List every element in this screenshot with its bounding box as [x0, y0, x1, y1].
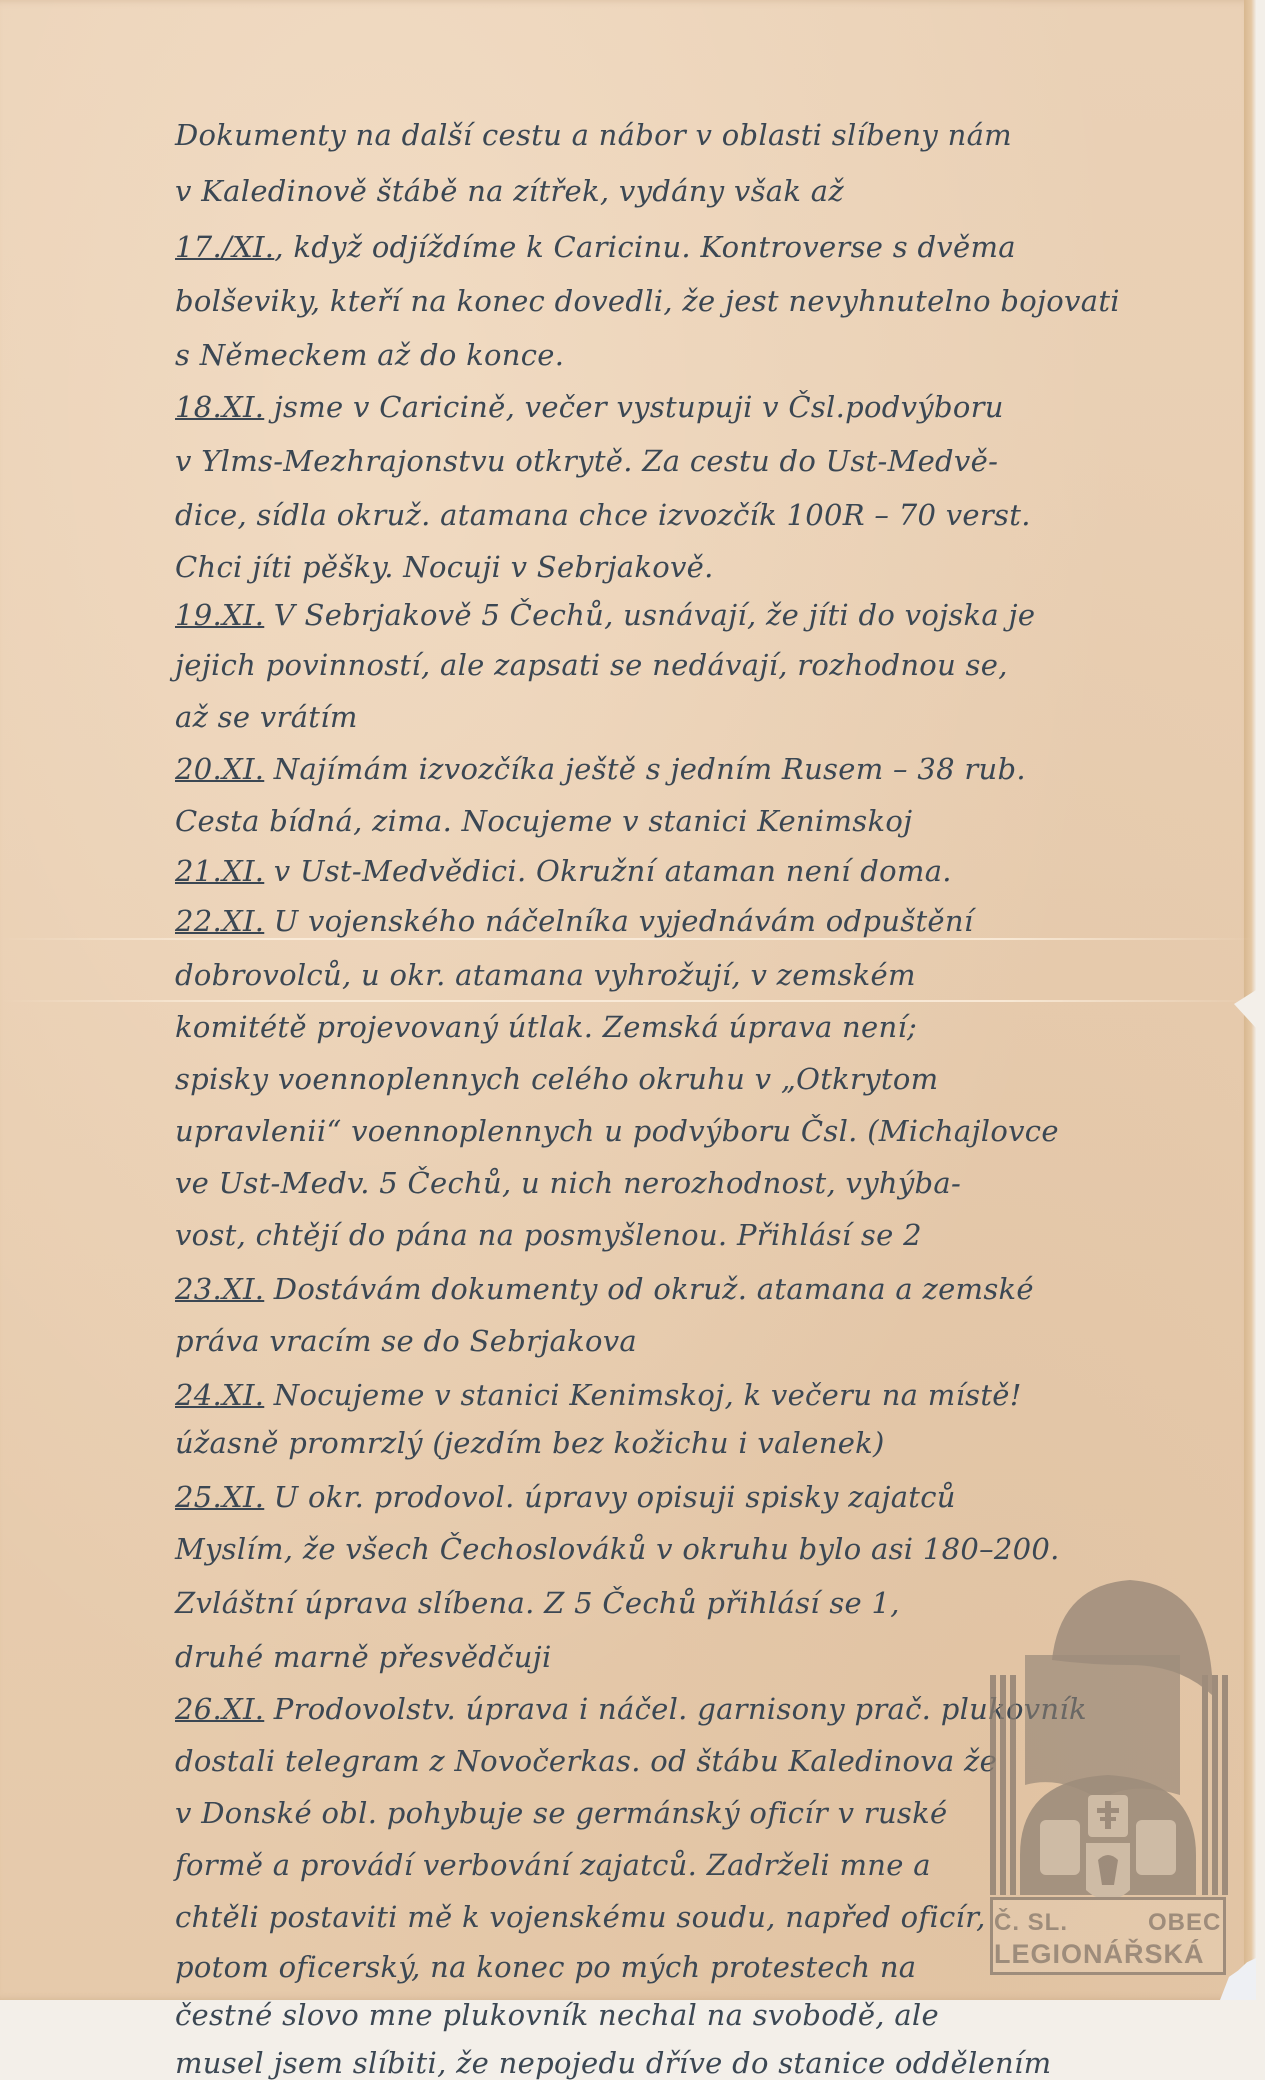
legion-logo-watermark: Č. SL. OBEC LEGIONÁŘSKÁ [980, 1565, 1236, 1977]
page-tear [1234, 990, 1256, 1028]
soldier-emblem-icon [980, 1565, 1236, 1905]
entry-line: 25.XI. U okr. prodovol. úpravy opisuji s… [175, 1480, 956, 1514]
text-line: s Německem až do konce. [175, 338, 564, 372]
text-line: dobrovolců, u okr. atamana vyhrožují, v … [175, 958, 916, 992]
paper-page: Dokumenty na další cestu a nábor v oblas… [0, 0, 1256, 2000]
text-line: Dokumenty na další cestu a nábor v oblas… [175, 118, 1012, 152]
text-line: ve Ust-Medv. 5 Čechů, u nich nerozhodnos… [175, 1166, 961, 1200]
entry-date: 19.XI. [175, 598, 264, 632]
entry-line: 23.XI. Dostávám dokumenty od okruž. atam… [175, 1272, 1034, 1306]
text-line: v Kaledinově štábě na zítřek, vydány vša… [175, 174, 844, 208]
text-line: druhé marně přesvědčuji [175, 1640, 552, 1674]
entry-line: 24.XI. Nocujeme v stanici Kenimskoj, k v… [175, 1378, 1022, 1412]
text-line: Zvláštní úprava slíbena. Z 5 Čechů přihl… [175, 1586, 900, 1620]
text-line: Myslím, že všech Čechoslováků v okruhu b… [175, 1532, 1060, 1566]
entry-date: 21.XI. [175, 854, 264, 888]
entry-date: 24.XI. [175, 1378, 264, 1412]
text-line: dice, sídla okruž. atamana chce izvozčík… [175, 498, 1031, 532]
fold-crease [0, 1000, 1256, 1002]
text-line: až se vrátím [175, 700, 358, 734]
watermark-text: Č. SL. [994, 1909, 1068, 1937]
text-line: Chci jíti pěšky. Nocuji v Sebrjakově. [175, 550, 714, 584]
text-line: potom oficerský, na konec po mých protes… [175, 1950, 916, 1984]
entry-line: 20.XI. Najímám izvozčíka ještě s jedním … [175, 752, 1026, 786]
entry-line: 26.XI. Prodovolstv. úprava i náčel. garn… [175, 1692, 1087, 1726]
text-line: Cesta bídná, zima. Nocujeme v stanici Ke… [175, 804, 912, 838]
text-line: vost, chtějí do pána na posmyšlenou. Při… [175, 1218, 922, 1252]
entry-line: 19.XI. V Sebrjakově 5 Čechů, usnávají, ž… [175, 598, 1035, 632]
entry-line: 17./XI., když odjíždíme k Caricinu. Kont… [175, 230, 1016, 264]
watermark-text: LEGIONÁŘSKÁ [994, 1939, 1205, 1970]
watermark-text: OBEC [1148, 1909, 1221, 1937]
entry-line: 21.XI. v Ust-Medvědici. Okružní ataman n… [175, 854, 952, 888]
entry-line: 18.XI. jsme v Caricině, večer vystupuji … [175, 390, 1004, 424]
text-line: jejich povinností, ale zapsati se nedáva… [175, 648, 1008, 682]
entry-line: 22.XI. U vojenského náčelníka vyjednávám… [175, 904, 973, 938]
text-line: v Ylms-Mezhrajonstvu otkrytě. Za cestu d… [175, 444, 998, 478]
fold-crease [0, 938, 1256, 940]
entry-date: 25.XI. [175, 1480, 264, 1514]
entry-date: 26.XI. [175, 1692, 264, 1726]
entry-date: 20.XI. [175, 752, 264, 786]
text-line: práva vracím se do Sebrjakova [175, 1324, 637, 1358]
entry-date: 23.XI. [175, 1272, 264, 1306]
entry-date: 22.XI. [175, 904, 264, 938]
entry-date: 18.XI. [175, 390, 264, 424]
text-line: dostali telegram z Novočerkas. od štábu … [175, 1744, 997, 1778]
text-line: spisky voennoplennych celého okruhu v „O… [175, 1062, 938, 1096]
entry-date: 17./XI. [175, 230, 274, 264]
text-line: bolševiky, kteří na konec dovedli, že je… [175, 284, 1120, 318]
text-line: komitétě projevovaný útlak. Zemská úprav… [175, 1010, 917, 1044]
text-line: upravlenii“ voennoplennych u podvýboru Č… [175, 1114, 1059, 1148]
text-line: úžasně promrzlý (jezdím bez kožichu i va… [175, 1426, 885, 1460]
text-line: v Donské obl. pohybuje se germánský ofic… [175, 1796, 947, 1830]
text-line: chtěli postaviti mě k vojenskému soudu, … [175, 1900, 986, 1934]
text-line: formě a provádí verbování zajatců. Zadrž… [175, 1848, 931, 1882]
